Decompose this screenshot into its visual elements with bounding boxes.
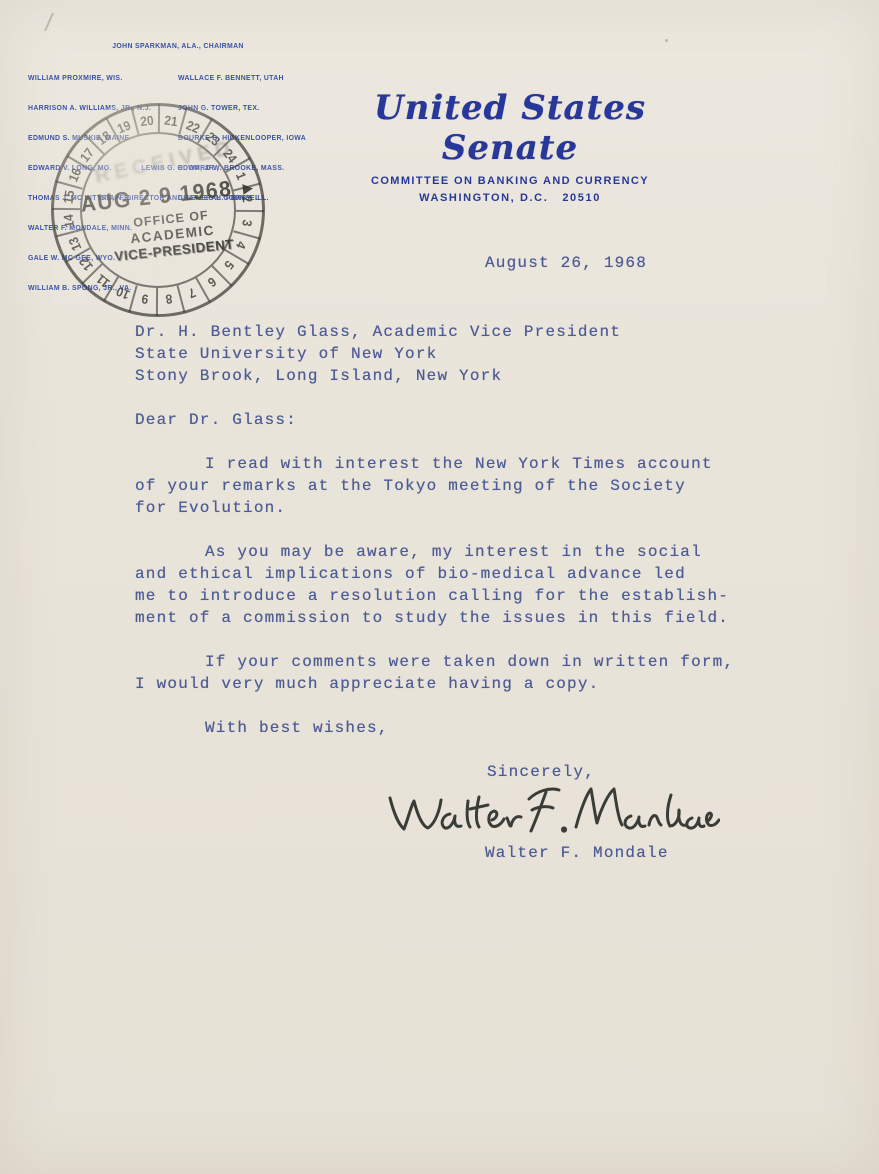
stamp-arrow-icon: ► — [239, 177, 258, 199]
blank-line — [135, 519, 795, 541]
closing-line: With best wishes, — [135, 717, 795, 739]
paragraph-line: As you may be aware, my interest in the … — [135, 541, 795, 563]
senator-name: WILLIAM PROXMIRE, WIS. — [28, 74, 151, 84]
paper-speck — [665, 39, 668, 42]
letter-date: August 26, 1968 — [485, 252, 647, 274]
letterhead-chairman: JOHN SPARKMAN, ALA., CHAIRMAN — [30, 42, 326, 52]
paragraph-line: me to introduce a resolution calling for… — [135, 585, 795, 607]
paragraph-line: If your comments were taken down in writ… — [135, 651, 795, 673]
blank-line — [135, 695, 795, 717]
typed-signature-name: Walter F. Mondale — [485, 842, 669, 864]
masthead: United States Senate COMMITTEE ON BANKIN… — [345, 88, 675, 204]
blank-line — [135, 387, 795, 409]
paragraph-line: I read with interest the New York Times … — [135, 453, 795, 475]
masthead-address: WASHINGTON, D.C. 20510 — [345, 192, 675, 204]
paragraph-line: I would very much appreciate having a co… — [135, 673, 795, 695]
letter-page: JOHN SPARKMAN, ALA., CHAIRMAN WILLIAM PR… — [0, 0, 879, 1174]
paragraph-line: and ethical implications of bio-medical … — [135, 563, 795, 585]
blank-line — [135, 431, 795, 453]
blank-line — [135, 629, 795, 651]
pencil-mark — [44, 12, 54, 31]
letter-body: Dr. H. Bentley Glass, Academic Vice Pres… — [135, 321, 795, 783]
senator-name: WALLACE F. BENNETT, UTAH — [178, 74, 306, 84]
blank-line — [135, 739, 795, 761]
paragraph-line: ment of a commission to study the issues… — [135, 607, 795, 629]
recipient-line: State University of New York — [135, 343, 795, 365]
recipient-line: Dr. H. Bentley Glass, Academic Vice Pres… — [135, 321, 795, 343]
recipient-line: Stony Brook, Long Island, New York — [135, 365, 795, 387]
paragraph-line: for Evolution. — [135, 497, 795, 519]
paragraph-line: of your remarks at the Tokyo meeting of … — [135, 475, 795, 497]
senate-title: United States Senate — [345, 88, 675, 168]
salutation: Dear Dr. Glass: — [135, 409, 795, 431]
stamp-center: RECEIVED AUG 2 9 1968 ► OFFICE OF ACADEM… — [52, 92, 287, 327]
received-stamp: 123456789101112131415161718192021222324 … — [51, 103, 265, 317]
committee-name: COMMITTEE ON BANKING AND CURRENCY — [345, 175, 675, 187]
